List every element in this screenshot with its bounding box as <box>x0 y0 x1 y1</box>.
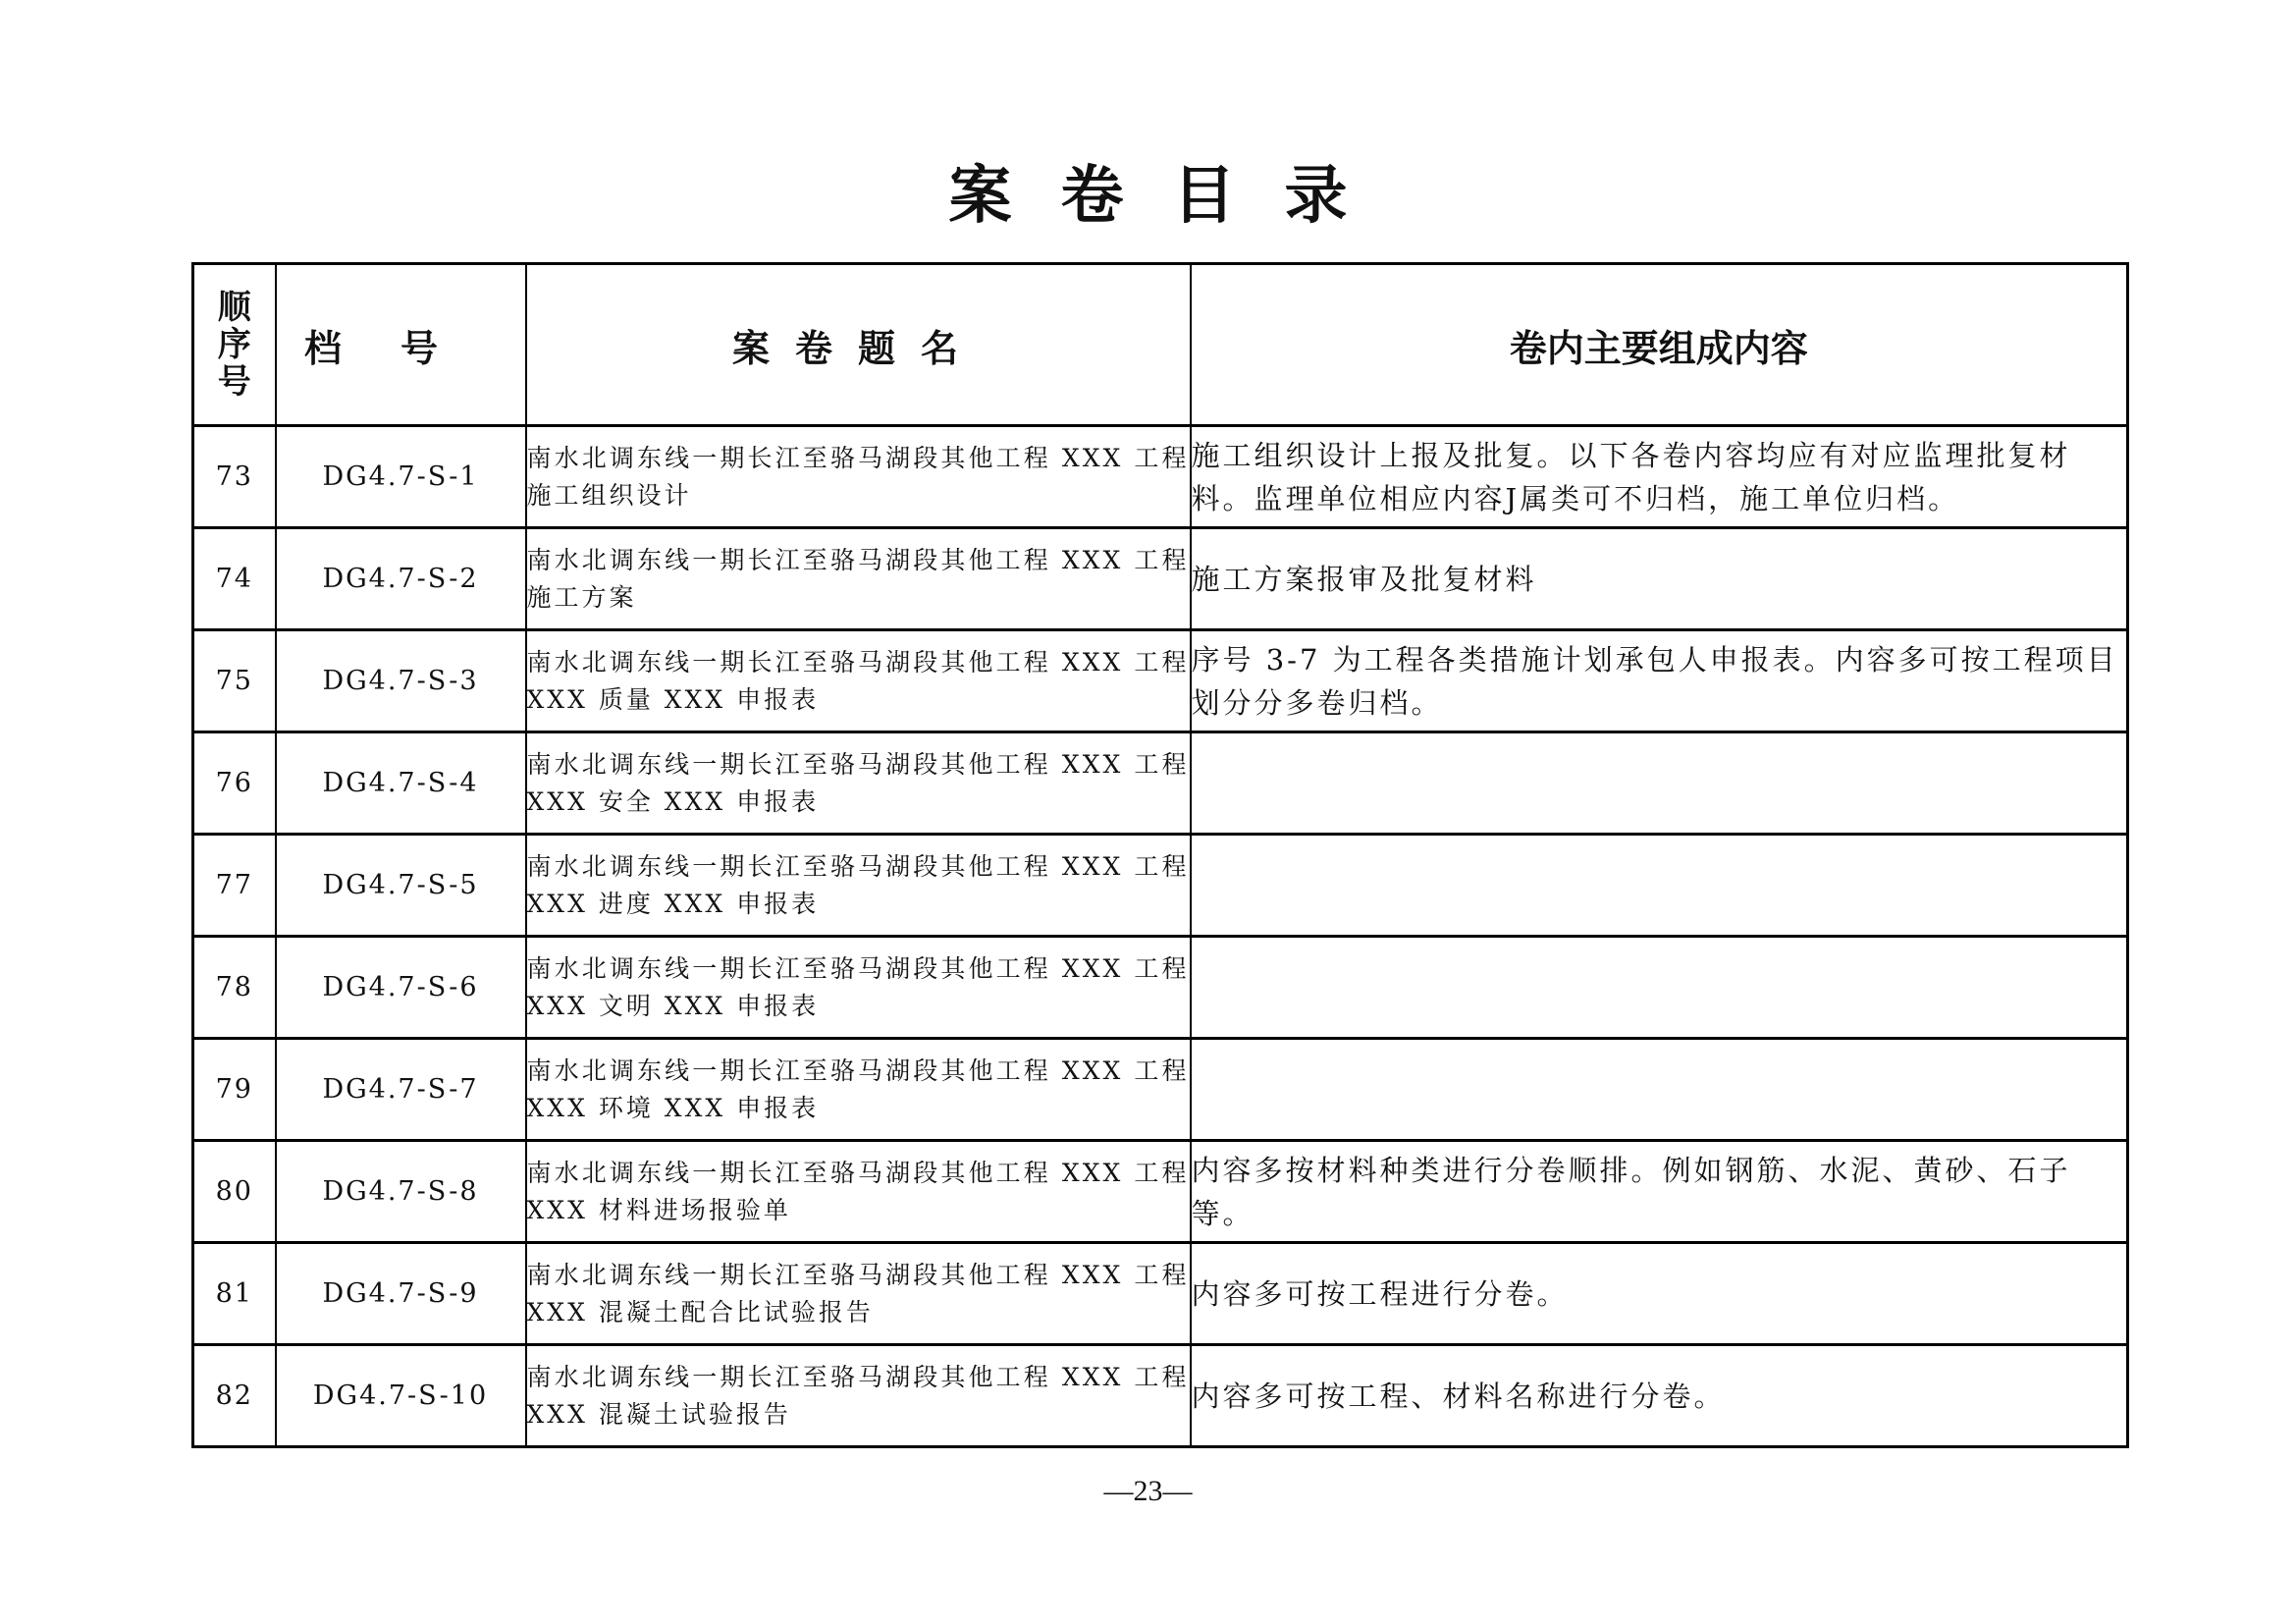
table-row: 78 DG4.7-S-6 南水北调东线一期长江至骆马湖段其他工程 XXX 工程 … <box>193 937 2128 1039</box>
cell-content: 内容多按材料种类进行分卷顺排。例如钢筋、水泥、黄砂、石子等。 <box>1191 1141 2128 1243</box>
cell-code: DG4.7-S-7 <box>276 1039 526 1141</box>
cell-content: 序号 3-7 为工程各类措施计划承包人申报表。内容多可按工程项目划分分多卷归档。 <box>1191 630 2128 732</box>
header-content: 卷内主要组成内容 <box>1191 264 2128 426</box>
cell-content <box>1191 835 2128 937</box>
cell-content <box>1191 732 2128 835</box>
cell-name: 南水北调东线一期长江至骆马湖段其他工程 XXX 工程施工组织设计 <box>526 426 1191 528</box>
table-row: 75 DG4.7-S-3 南水北调东线一期长江至骆马湖段其他工程 XXX 工程 … <box>193 630 2128 732</box>
catalog-table: 顺序号 档号 案卷题名 卷内主要组成内容 73 DG4.7-S-1 南水北调东线… <box>191 262 2129 1448</box>
cell-code: DG4.7-S-10 <box>276 1345 526 1447</box>
cell-name: 南水北调东线一期长江至骆马湖段其他工程 XXX 工程 XXX 质量 XXX 申报… <box>526 630 1191 732</box>
header-seq-label: 顺序号 <box>217 289 252 401</box>
cell-content: 内容多可按工程进行分卷。 <box>1191 1243 2128 1345</box>
cell-code: DG4.7-S-1 <box>276 426 526 528</box>
cell-name: 南水北调东线一期长江至骆马湖段其他工程 XXX 工程 XXX 安全 XXX 申报… <box>526 732 1191 835</box>
cell-content: 内容多可按工程、材料名称进行分卷。 <box>1191 1345 2128 1447</box>
header-code: 档号 <box>276 264 526 426</box>
cell-code: DG4.7-S-5 <box>276 835 526 937</box>
table-header-row: 顺序号 档号 案卷题名 卷内主要组成内容 <box>193 264 2128 426</box>
header-name: 案卷题名 <box>526 264 1191 426</box>
table-row: 74 DG4.7-S-2 南水北调东线一期长江至骆马湖段其他工程 XXX 工程施… <box>193 528 2128 630</box>
cell-code: DG4.7-S-4 <box>276 732 526 835</box>
cell-code: DG4.7-S-3 <box>276 630 526 732</box>
cell-code: DG4.7-S-2 <box>276 528 526 630</box>
cell-content: 施工方案报审及批复材料 <box>1191 528 2128 630</box>
cell-content <box>1191 1039 2128 1141</box>
table-row: 76 DG4.7-S-4 南水北调东线一期长江至骆马湖段其他工程 XXX 工程 … <box>193 732 2128 835</box>
cell-seq: 76 <box>193 732 276 835</box>
header-seq: 顺序号 <box>193 264 276 426</box>
cell-content: 施工组织设计上报及批复。以下各卷内容均应有对应监理批复材料。监理单位相应内容J属… <box>1191 426 2128 528</box>
table-row: 81 DG4.7-S-9 南水北调东线一期长江至骆马湖段其他工程 XXX 工程 … <box>193 1243 2128 1345</box>
cell-seq: 74 <box>193 528 276 630</box>
table-row: 77 DG4.7-S-5 南水北调东线一期长江至骆马湖段其他工程 XXX 工程 … <box>193 835 2128 937</box>
page-number: —23— <box>0 1475 2296 1508</box>
cell-seq: 80 <box>193 1141 276 1243</box>
cell-name: 南水北调东线一期长江至骆马湖段其他工程 XXX 工程 XXX 混凝土试验报告 <box>526 1345 1191 1447</box>
cell-code: DG4.7-S-8 <box>276 1141 526 1243</box>
table-row: 80 DG4.7-S-8 南水北调东线一期长江至骆马湖段其他工程 XXX 工程 … <box>193 1141 2128 1243</box>
cell-seq: 81 <box>193 1243 276 1345</box>
cell-name: 南水北调东线一期长江至骆马湖段其他工程 XXX 工程 XXX 材料进场报验单 <box>526 1141 1191 1243</box>
cell-name: 南水北调东线一期长江至骆马湖段其他工程 XXX 工程 XXX 环境 XXX 申报… <box>526 1039 1191 1141</box>
table-row: 82 DG4.7-S-10 南水北调东线一期长江至骆马湖段其他工程 XXX 工程… <box>193 1345 2128 1447</box>
cell-name: 南水北调东线一期长江至骆马湖段其他工程 XXX 工程 XXX 进度 XXX 申报… <box>526 835 1191 937</box>
cell-seq: 79 <box>193 1039 276 1141</box>
cell-seq: 75 <box>193 630 276 732</box>
cell-seq: 77 <box>193 835 276 937</box>
page-title: 案卷目录 <box>0 157 2296 236</box>
cell-seq: 73 <box>193 426 276 528</box>
cell-seq: 82 <box>193 1345 276 1447</box>
cell-seq: 78 <box>193 937 276 1039</box>
cell-code: DG4.7-S-6 <box>276 937 526 1039</box>
table-row: 73 DG4.7-S-1 南水北调东线一期长江至骆马湖段其他工程 XXX 工程施… <box>193 426 2128 528</box>
table-row: 79 DG4.7-S-7 南水北调东线一期长江至骆马湖段其他工程 XXX 工程 … <box>193 1039 2128 1141</box>
cell-content <box>1191 937 2128 1039</box>
cell-name: 南水北调东线一期长江至骆马湖段其他工程 XXX 工程施工方案 <box>526 528 1191 630</box>
cell-name: 南水北调东线一期长江至骆马湖段其他工程 XXX 工程 XXX 混凝土配合比试验报… <box>526 1243 1191 1345</box>
cell-name: 南水北调东线一期长江至骆马湖段其他工程 XXX 工程 XXX 文明 XXX 申报… <box>526 937 1191 1039</box>
cell-code: DG4.7-S-9 <box>276 1243 526 1345</box>
